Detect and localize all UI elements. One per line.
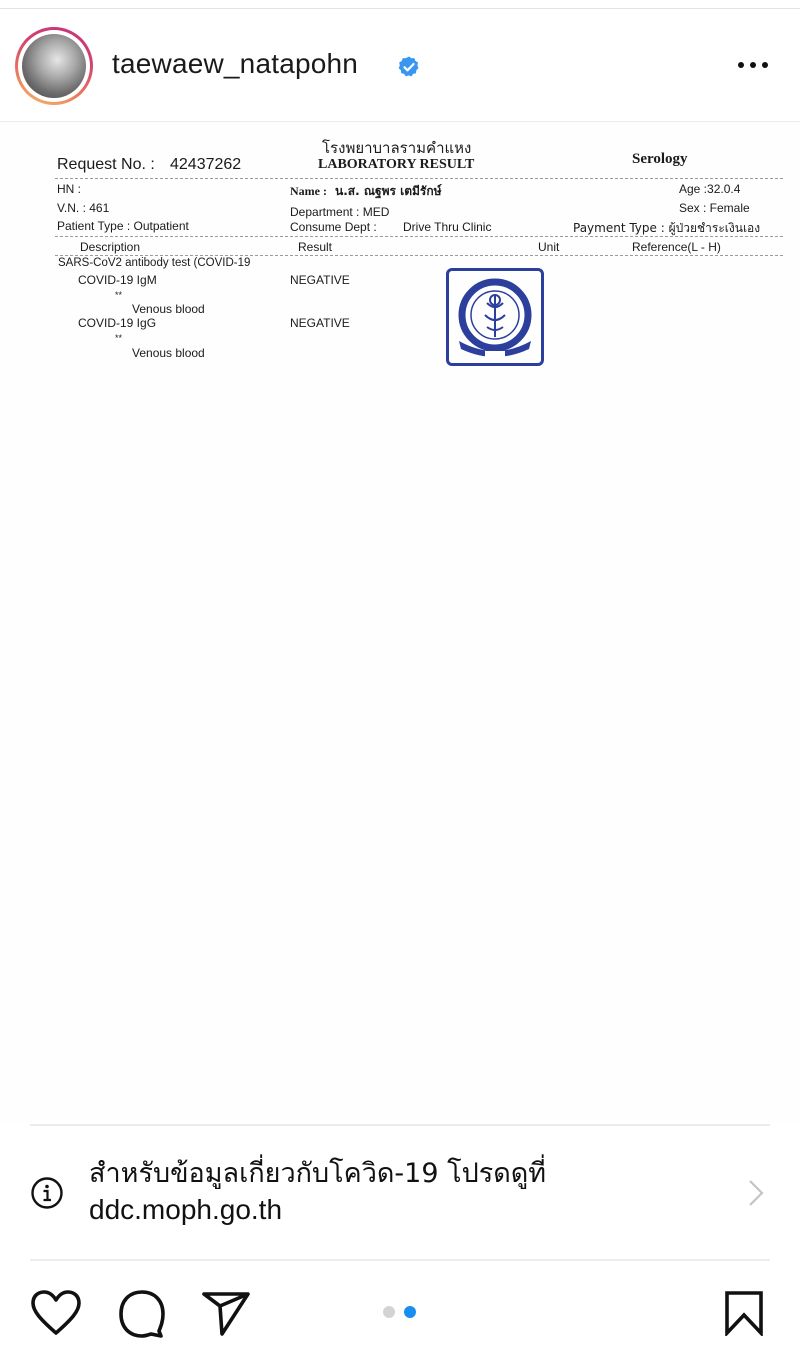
covid-info-line1: สำหรับข้อมูลเกี่ยวกับโควิด-19 โปรดดูที่ [89, 1156, 546, 1192]
test-marker: ** [115, 333, 122, 343]
sex: Sex : Female [679, 201, 750, 215]
carousel-dot-active[interactable] [404, 1306, 416, 1318]
test-group: SARS-CoV2 antibody test (COVID-19 [58, 257, 250, 269]
test-result: NEGATIVE [290, 273, 350, 287]
col-description: Description [80, 240, 140, 254]
patient-name: น.ส. ณฐพร เตมีรักษ์ [335, 182, 442, 201]
info-icon [30, 1176, 64, 1210]
test-specimen: Venous blood [132, 302, 205, 316]
profile-photo [22, 34, 86, 98]
heart-icon[interactable] [30, 1289, 82, 1337]
col-reference: Reference(L - H) [632, 240, 721, 254]
col-result: Result [298, 240, 332, 254]
more-options-icon[interactable] [733, 52, 773, 78]
covid-info-link[interactable]: ddc.moph.go.th [89, 1192, 546, 1228]
divider [30, 1259, 770, 1261]
username-link[interactable]: taewaew_natapohn [112, 48, 358, 80]
dashed-rule [55, 178, 783, 179]
carousel-dot[interactable] [383, 1306, 395, 1318]
bookmark-icon[interactable] [722, 1290, 766, 1336]
vn-label: V.N. : 461 [57, 201, 109, 215]
test-marker: ** [115, 290, 122, 300]
col-unit: Unit [538, 240, 559, 254]
dashed-rule [55, 255, 783, 256]
age: Age :32.0.4 [679, 182, 740, 196]
patient-type: Patient Type : Outpatient [57, 219, 189, 233]
report-section: Serology [632, 151, 688, 168]
request-no-label: Request No. : [57, 156, 155, 174]
consume-dept-value: Drive Thru Clinic [403, 220, 491, 234]
share-icon[interactable] [200, 1290, 252, 1338]
hn-label: HN : [57, 182, 81, 196]
test-result: NEGATIVE [290, 316, 350, 330]
name-label: Name : [290, 184, 327, 199]
top-divider [0, 8, 800, 9]
covid-info-text[interactable]: สำหรับข้อมูลเกี่ยวกับโควิด-19 โปรดดูที่ … [89, 1156, 546, 1228]
test-name: COVID-19 IgG [78, 316, 156, 330]
verified-badge-icon [397, 55, 421, 79]
avatar[interactable] [15, 27, 93, 105]
chevron-right-icon[interactable] [744, 1176, 768, 1210]
request-no: 42437262 [170, 156, 241, 174]
test-name: COVID-19 IgM [78, 273, 157, 287]
comment-icon[interactable] [117, 1289, 169, 1339]
test-specimen: Venous blood [132, 346, 205, 360]
department: Department : MED [290, 205, 389, 219]
post-image-lab-result[interactable] [0, 122, 800, 1122]
report-title: LABORATORY RESULT [318, 157, 474, 173]
hospital-stamp [446, 268, 544, 366]
consume-dept-label: Consume Dept : [290, 220, 377, 234]
dashed-rule [55, 236, 783, 237]
